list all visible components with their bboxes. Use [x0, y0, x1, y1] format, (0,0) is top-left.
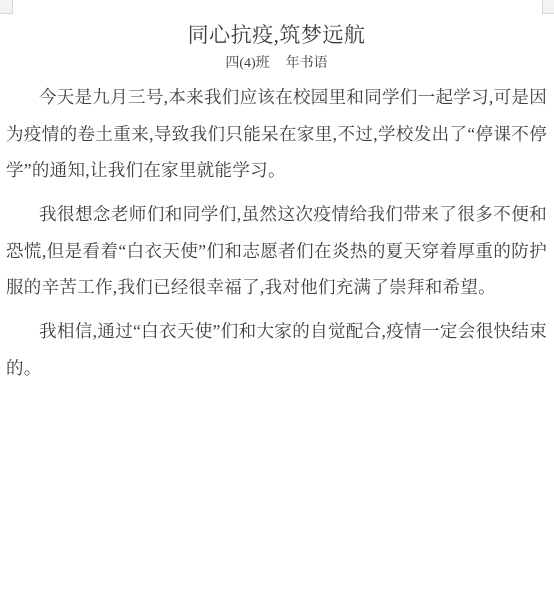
document-content: 同心抗疫,筑梦远航 四(4)班 年书语 今天是九月三号,本来我们应该在校园里和同… [0, 0, 554, 386]
document-page: 同心抗疫,筑梦远航 四(4)班 年书语 今天是九月三号,本来我们应该在校园里和同… [0, 0, 554, 593]
document-title: 同心抗疫,筑梦远航 [6, 23, 547, 47]
byline-author-name: 年书语 [286, 55, 328, 73]
paragraph: 我相信,通过“白衣天使”们和大家的自觉配合,疫情一定会很快结束的。 [6, 313, 547, 386]
byline: 四(4)班 年书语 [6, 55, 547, 73]
paragraph: 今天是九月三号,本来我们应该在校园里和同学们一起学习,可是因为疫情的卷土重来,导… [6, 79, 547, 189]
essay-body: 今天是九月三号,本来我们应该在校园里和同学们一起学习,可是因为疫情的卷土重来,导… [6, 79, 547, 386]
paragraph: 我很想念老师们和同学们,虽然这次疫情给我们带来了很多不便和恐慌,但是看着“白衣天… [6, 196, 547, 306]
byline-class-name: 四(4)班 [225, 55, 269, 73]
